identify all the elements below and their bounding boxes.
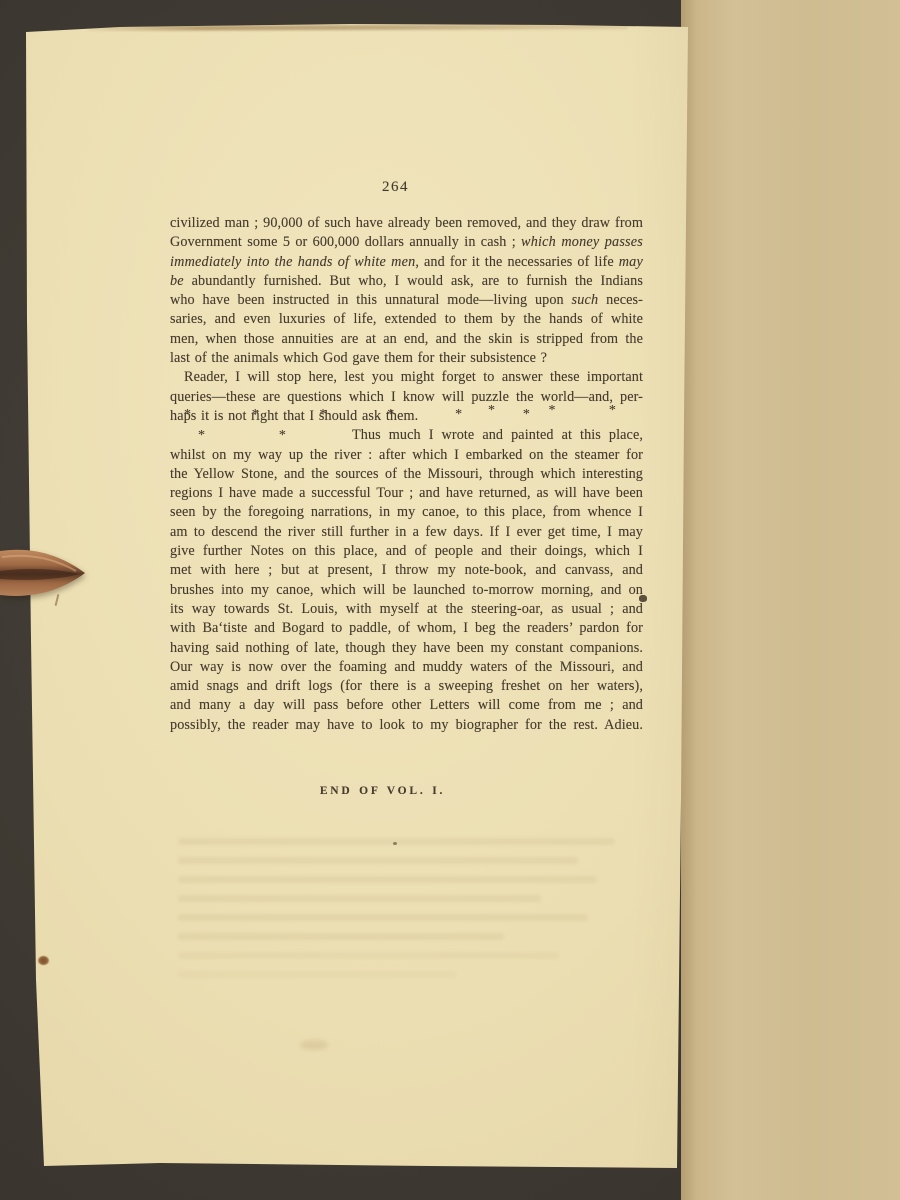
paragraph: civilized man ; 90,000 of such have alre…: [170, 214, 643, 368]
asterisk: *: [548, 401, 555, 420]
asterisk: *: [523, 405, 530, 421]
text-line: civilized man ; 90,000 of such have alre…: [170, 214, 643, 233]
text-line: saries, and even luxuries of life, exten…: [170, 310, 643, 329]
asterisk: *: [198, 426, 205, 445]
text-line: be abundantly furnished. But who, I woul…: [170, 272, 643, 291]
printed-text-block: 264 civilized man ; 90,000 of such have …: [170, 178, 643, 801]
text-line: Reader, I will stop here, lest you might…: [170, 368, 643, 387]
paragraphs-container: civilized man ; 90,000 of such have alre…: [170, 214, 643, 735]
text-line: whilst on my way up the river : after wh…: [170, 446, 643, 465]
text-line: possibly, the reader may have to look to…: [170, 716, 643, 735]
text-line: having said nothing of late, though they…: [170, 639, 643, 658]
text-line: seen by the foregoing narrations, in my …: [170, 503, 643, 522]
paragraph: Thus much I wrote and painted at this pl…: [170, 426, 643, 735]
text-line: brushes into my canoe, which will be lau…: [170, 581, 643, 600]
text-line: men, when those annuities are at an end,…: [170, 330, 643, 349]
end-of-volume-colophon: END OF VOL. I.: [146, 782, 619, 801]
text-line: amid snags and drift logs (for there is …: [170, 677, 643, 696]
ink-speck: [393, 842, 397, 845]
faint-smudge: [300, 1040, 328, 1050]
foxing-stain: [38, 956, 49, 965]
next-leaf-fore-edge: [681, 0, 900, 1200]
text-line: give further Notes on this place, and of…: [170, 542, 643, 561]
asterisk: *: [387, 405, 394, 421]
text-line: met with here ; but at present, I throw …: [170, 561, 643, 580]
text-line: Our way is now over the foaming and mudd…: [170, 658, 643, 677]
page-number: 264: [170, 178, 643, 198]
edge-mark: [639, 595, 647, 602]
text-line: its way towards St. Louis, with myself a…: [170, 600, 643, 619]
asterisk: *: [455, 405, 462, 421]
asterisk-row: ******: [184, 405, 530, 421]
photo-background: { "document": { "page_number": "264", "f…: [0, 0, 900, 1200]
text-line: am to descend the river still further in…: [170, 523, 643, 542]
asterisk: *: [320, 405, 327, 421]
browned-deckle-edge: [88, 24, 628, 31]
asterisk: *: [279, 426, 286, 445]
text-line: last of the animals which God gave them …: [170, 349, 643, 368]
needle-object: [0, 546, 88, 602]
text-line: and many a day will pass before other Le…: [170, 696, 643, 715]
asterisk-group: **: [198, 426, 286, 445]
text-line: who have been instructed in this unnatur…: [170, 291, 643, 310]
text-line: with Ba‘tiste and Bogard to paddle, of w…: [170, 619, 643, 638]
asterisk: *: [609, 401, 616, 420]
text-line: Government some 5 or 600,000 dollars ann…: [170, 233, 643, 252]
showthrough-ghost-text: [178, 838, 643, 990]
asterisk: *: [252, 405, 259, 421]
text-line: regions I have made a successful Tour ; …: [170, 484, 643, 503]
text-line: the Yellow Stone, and the sources of the…: [170, 465, 643, 484]
asterisk: *: [184, 405, 191, 421]
text-line: immediately into the hands of white men,…: [170, 253, 643, 272]
text-line: Thus much I wrote and painted at this pl…: [170, 426, 643, 445]
